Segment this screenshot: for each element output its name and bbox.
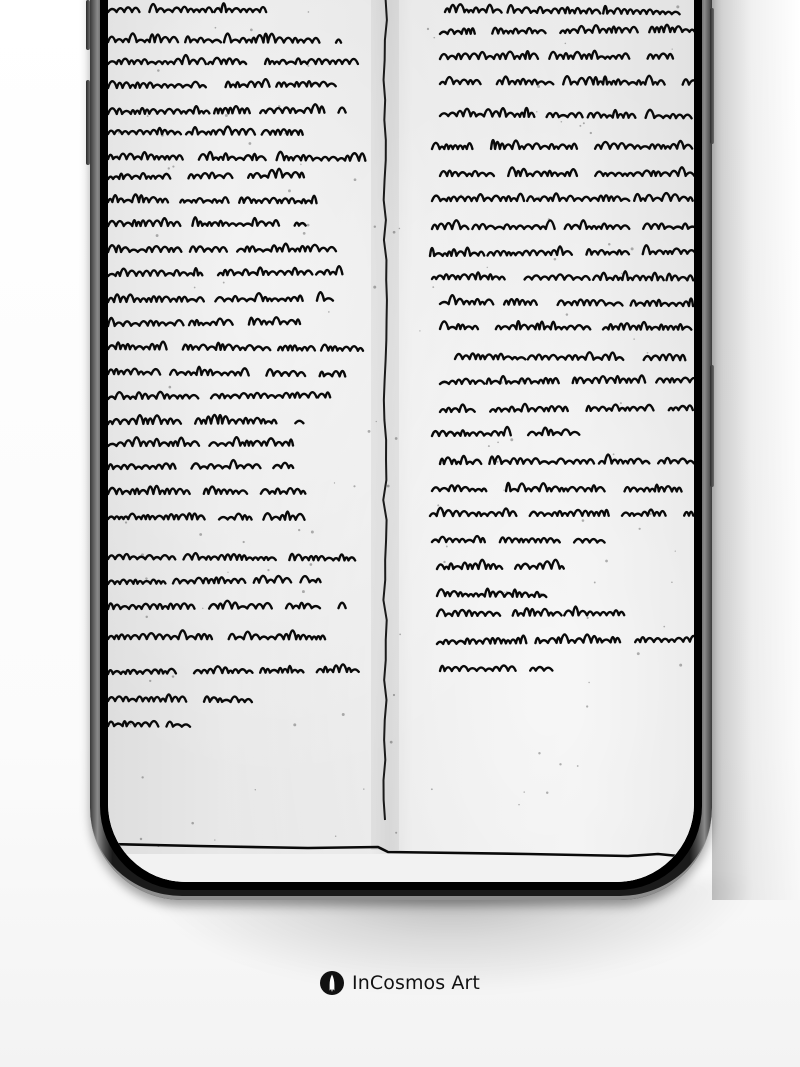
handwriting-strokes (108, 0, 694, 882)
rocket-in-circle-icon (320, 971, 344, 995)
manuscript-scan (108, 0, 694, 882)
brand-watermark: InCosmos Art (0, 971, 800, 995)
phone-mockup (90, 0, 712, 900)
power-button (710, 365, 714, 487)
volume-down-button (86, 80, 90, 165)
action-button (710, 8, 714, 144)
phone-side-shadow (712, 0, 800, 900)
screen-bezel (100, 0, 702, 890)
phone-screen (108, 0, 694, 882)
volume-up-button (86, 0, 90, 50)
brand-name: InCosmos Art (352, 972, 480, 994)
